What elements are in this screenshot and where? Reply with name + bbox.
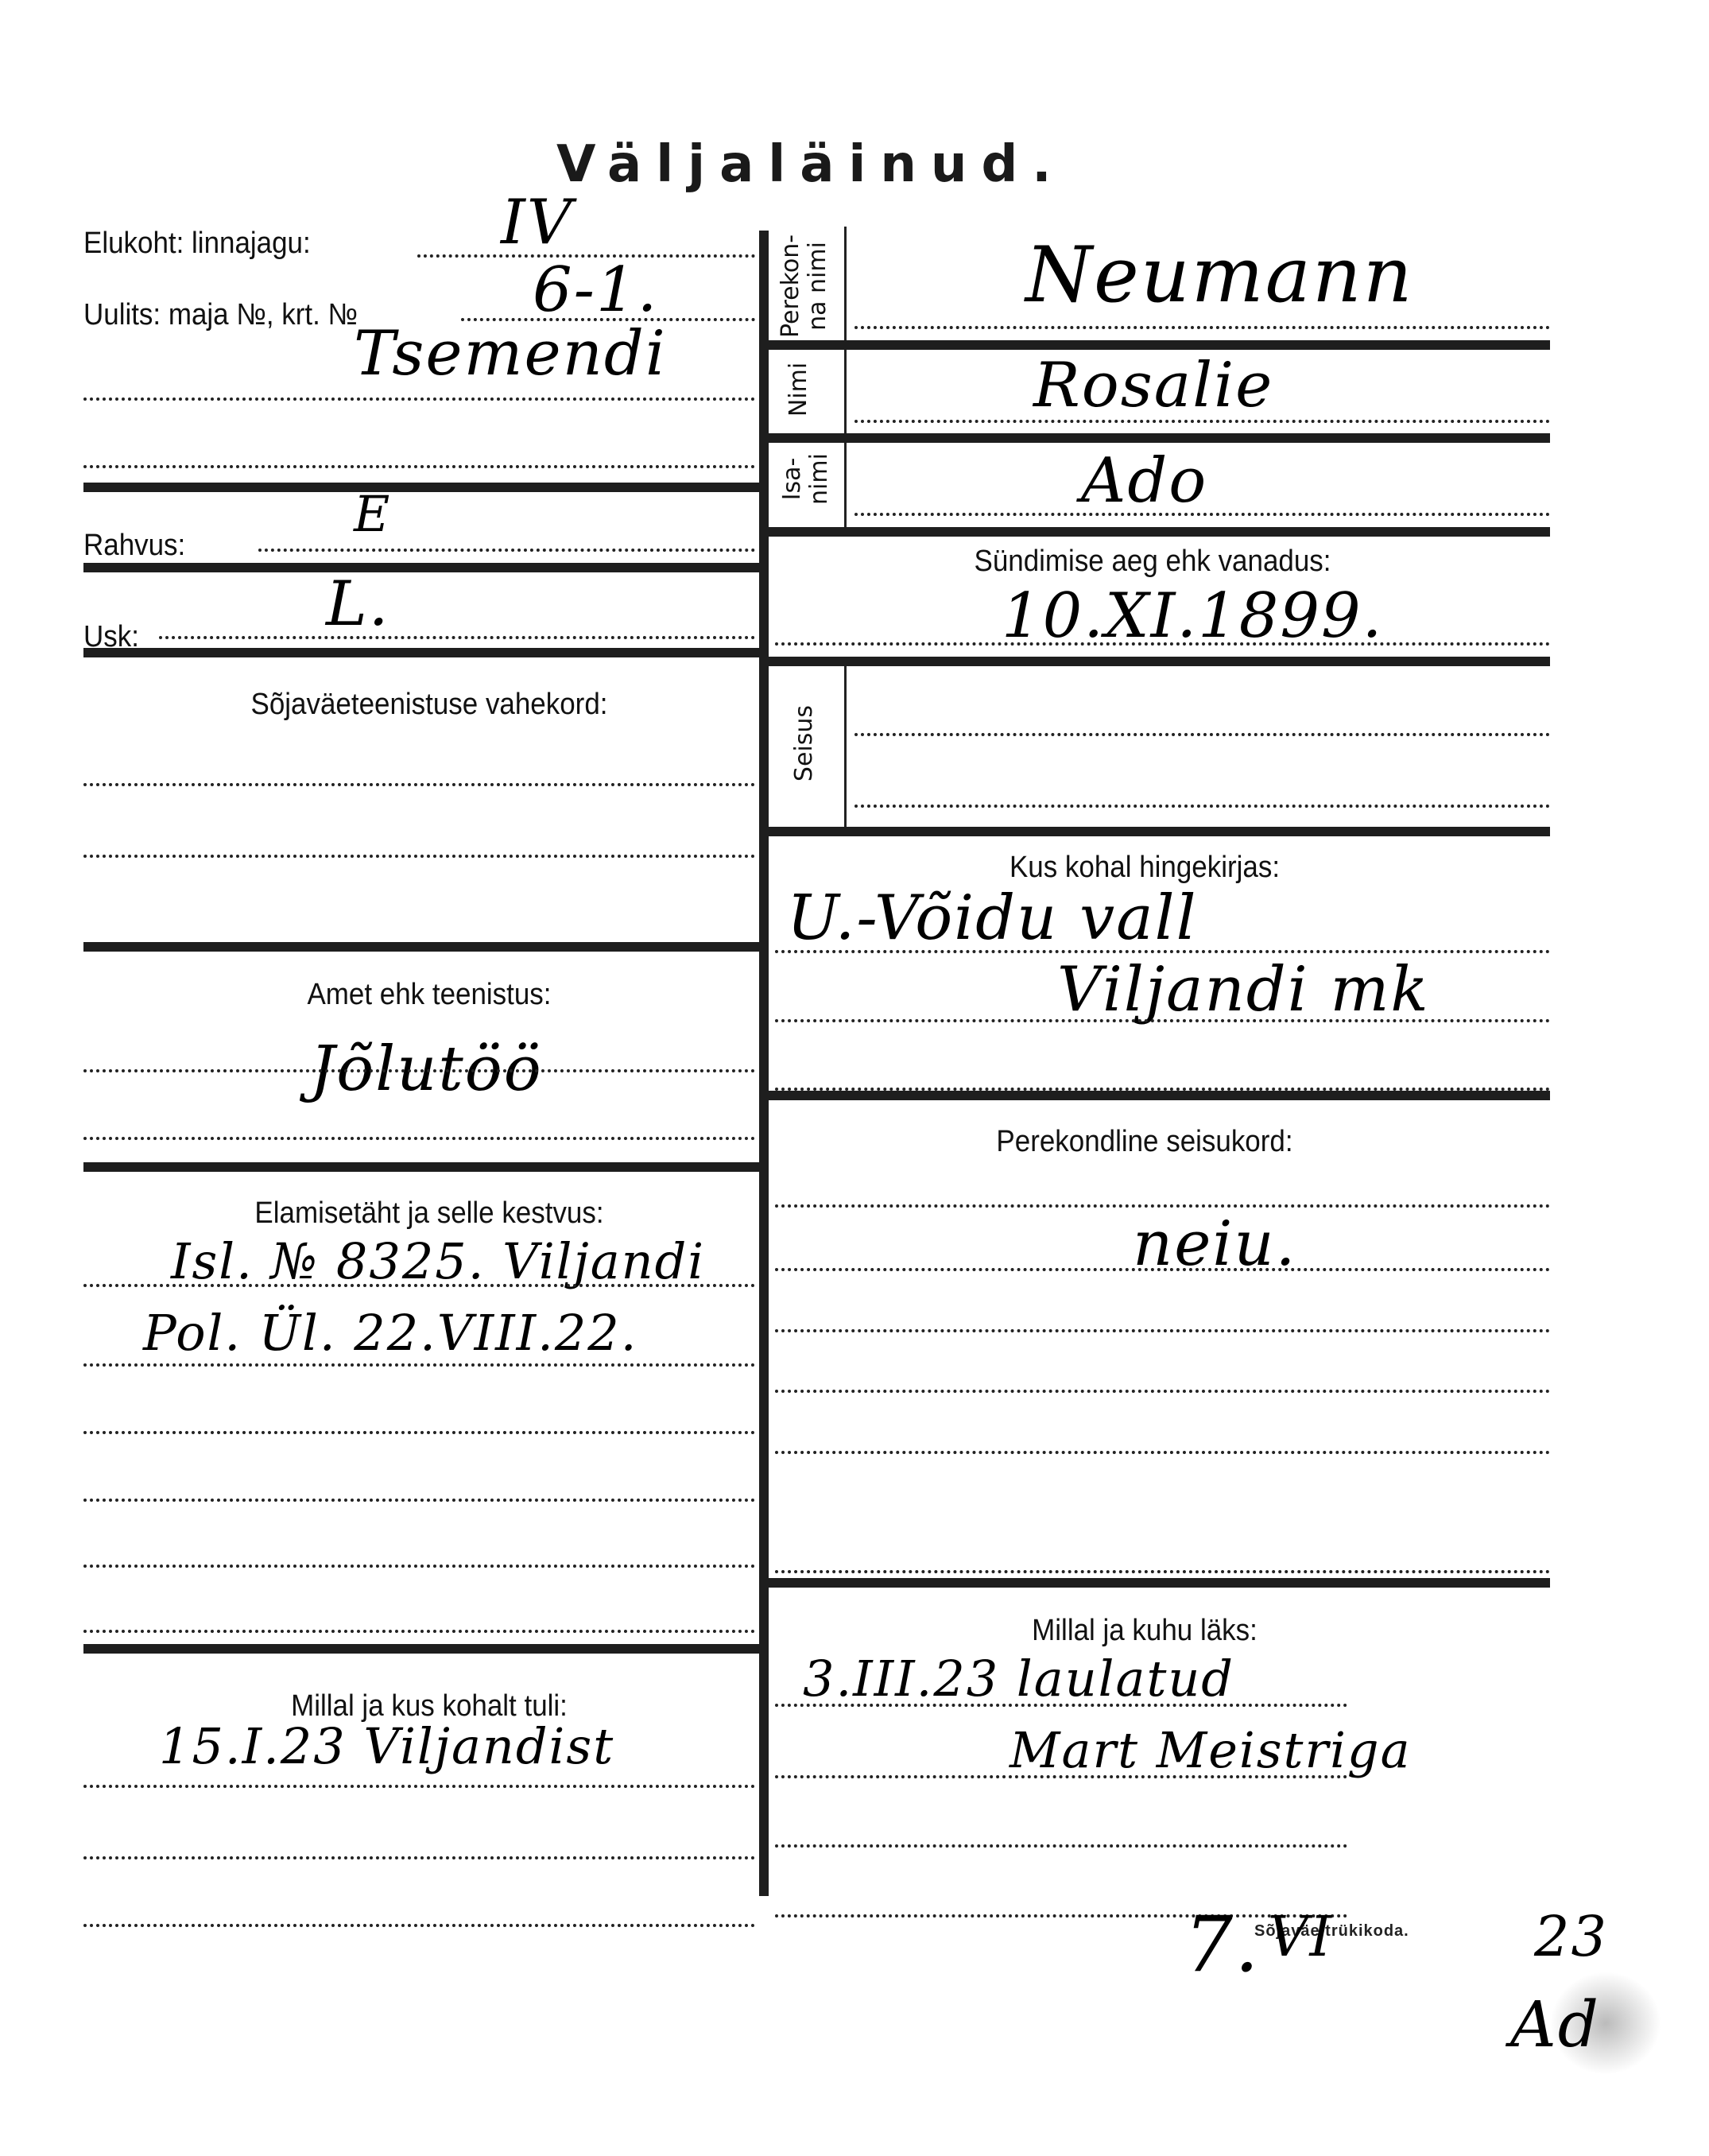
seisus-line-2 xyxy=(854,805,1550,808)
section-rule xyxy=(83,563,759,572)
section-rule xyxy=(769,340,1550,350)
address-line-2 xyxy=(83,465,755,468)
signature: Ad xyxy=(1510,1987,1600,2061)
elamisetaht-line-2 xyxy=(83,1363,755,1367)
uulits-number-value: 6-1. xyxy=(533,254,658,326)
perekonnanimi-value: Neumann xyxy=(1025,231,1414,320)
perekondline-line-5 xyxy=(775,1451,1550,1454)
millal-laks-line-1 xyxy=(775,1704,1347,1707)
sundimise-line xyxy=(775,642,1550,646)
isanimi-value: Ado xyxy=(1081,445,1207,517)
uulits-street-value: Tsemendi xyxy=(354,318,667,390)
perekondline-line-4 xyxy=(775,1390,1550,1393)
sojavae-line-1 xyxy=(83,783,755,786)
sundimise-label: Sündimise aeg ehk vanadus: xyxy=(933,545,1372,579)
millal-laks-line-4 xyxy=(775,1914,1347,1918)
kus-kohal-value-line-2: Viljandi mk xyxy=(1057,954,1430,1026)
isanimi-label: Isa- nimi xyxy=(779,441,833,517)
perekonnanimi-label: Perekon- na nimi xyxy=(777,235,831,338)
address-line-1 xyxy=(83,397,755,401)
section-rule xyxy=(769,527,1550,537)
kus-kohal-label: Kus kohal hingekirjas: xyxy=(969,851,1320,885)
section-rule xyxy=(83,1162,759,1172)
perekonnanimi-line xyxy=(854,326,1550,329)
usk-line xyxy=(159,636,755,639)
label-strip-divider xyxy=(844,227,847,529)
rahvus-value: E xyxy=(354,485,391,543)
center-divider xyxy=(759,231,769,1896)
millal-laks-label: Millal ja kuhu läks: xyxy=(969,1614,1320,1648)
millal-laks-value-line-2: Mart Meistriga xyxy=(1010,1721,1412,1779)
section-rule xyxy=(83,648,759,657)
millal-tuli-line-2 xyxy=(83,1856,755,1859)
elamisetaht-line-1 xyxy=(83,1284,755,1287)
millal-laks-line-3 xyxy=(775,1844,1347,1848)
section-rule xyxy=(769,1091,1550,1100)
section-rule xyxy=(83,1644,759,1654)
perekondline-line-6 xyxy=(775,1570,1550,1573)
elamisetaht-line-3 xyxy=(83,1431,755,1434)
label-strip-divider xyxy=(844,666,847,833)
footer-date-day: 7. xyxy=(1184,1900,1261,1989)
section-rule xyxy=(769,433,1550,443)
amet-line-2 xyxy=(83,1137,755,1140)
millal-laks-line-2 xyxy=(775,1775,1347,1778)
section-rule xyxy=(769,657,1550,666)
kus-kohal-line-2 xyxy=(775,1019,1550,1022)
seisus-line-1 xyxy=(854,733,1550,736)
elamisetaht-label: Elamisetäht ja selle kestvus: xyxy=(203,1196,656,1231)
rahvus-line xyxy=(258,549,755,552)
section-rule xyxy=(83,483,759,492)
millal-tuli-value: 15.I.23 Viljandist xyxy=(159,1717,614,1775)
seisus-label: Seisus xyxy=(791,692,818,795)
perekondline-line-2 xyxy=(775,1268,1550,1271)
perekondline-line-1 xyxy=(775,1204,1550,1208)
nimi-label: Nimi xyxy=(785,354,812,425)
perekondline-line-3 xyxy=(775,1329,1550,1332)
elukoht-label: Elukoht: linnajagu: xyxy=(83,227,311,261)
perekondline-label: Perekondline seisukord: xyxy=(940,1125,1349,1159)
nimi-line xyxy=(854,420,1550,423)
footer-date-year: 23 xyxy=(1534,1904,1608,1969)
footer-date-month: VI xyxy=(1268,1904,1333,1969)
elamisetaht-line-5 xyxy=(83,1565,755,1568)
kus-kohal-line-1 xyxy=(775,950,1550,953)
kus-kohal-value-line-1: U.-Võidu vall xyxy=(787,882,1198,954)
form-title: Väljaläinud. xyxy=(556,135,1066,194)
usk-value: L. xyxy=(326,568,390,640)
nimi-value: Rosalie xyxy=(1033,350,1273,421)
rahvus-label: Rahvus: xyxy=(83,529,185,563)
isanimi-line xyxy=(854,513,1550,516)
sojavae-line-2 xyxy=(83,855,755,858)
elamisetaht-line-6 xyxy=(83,1630,755,1633)
millal-tuli-line-1 xyxy=(83,1785,755,1788)
sundimise-value: 10.XI.1899. xyxy=(1002,580,1383,652)
millal-laks-value-line-1: 3.III.23 laulatud xyxy=(803,1650,1234,1708)
elamisetaht-value-line-1: Isl. № 8325. Viljandi xyxy=(171,1232,705,1290)
elamisetaht-value-line-2: Pol. Ül. 22.VIII.22. xyxy=(143,1304,637,1362)
elamisetaht-line-4 xyxy=(83,1499,755,1502)
amet-label: Amet ehk teenistus: xyxy=(254,978,605,1012)
section-rule xyxy=(769,1578,1550,1588)
section-rule xyxy=(769,827,1550,836)
millal-tuli-line-3 xyxy=(83,1924,755,1927)
uulits-label: Uulits: maja №, krt. № xyxy=(83,298,358,332)
sojavae-label: Sõjaväeteenistuse vahekord: xyxy=(217,688,641,722)
amet-line-1 xyxy=(83,1069,755,1072)
elukoht-value: IV xyxy=(501,187,573,258)
section-rule xyxy=(83,942,759,952)
